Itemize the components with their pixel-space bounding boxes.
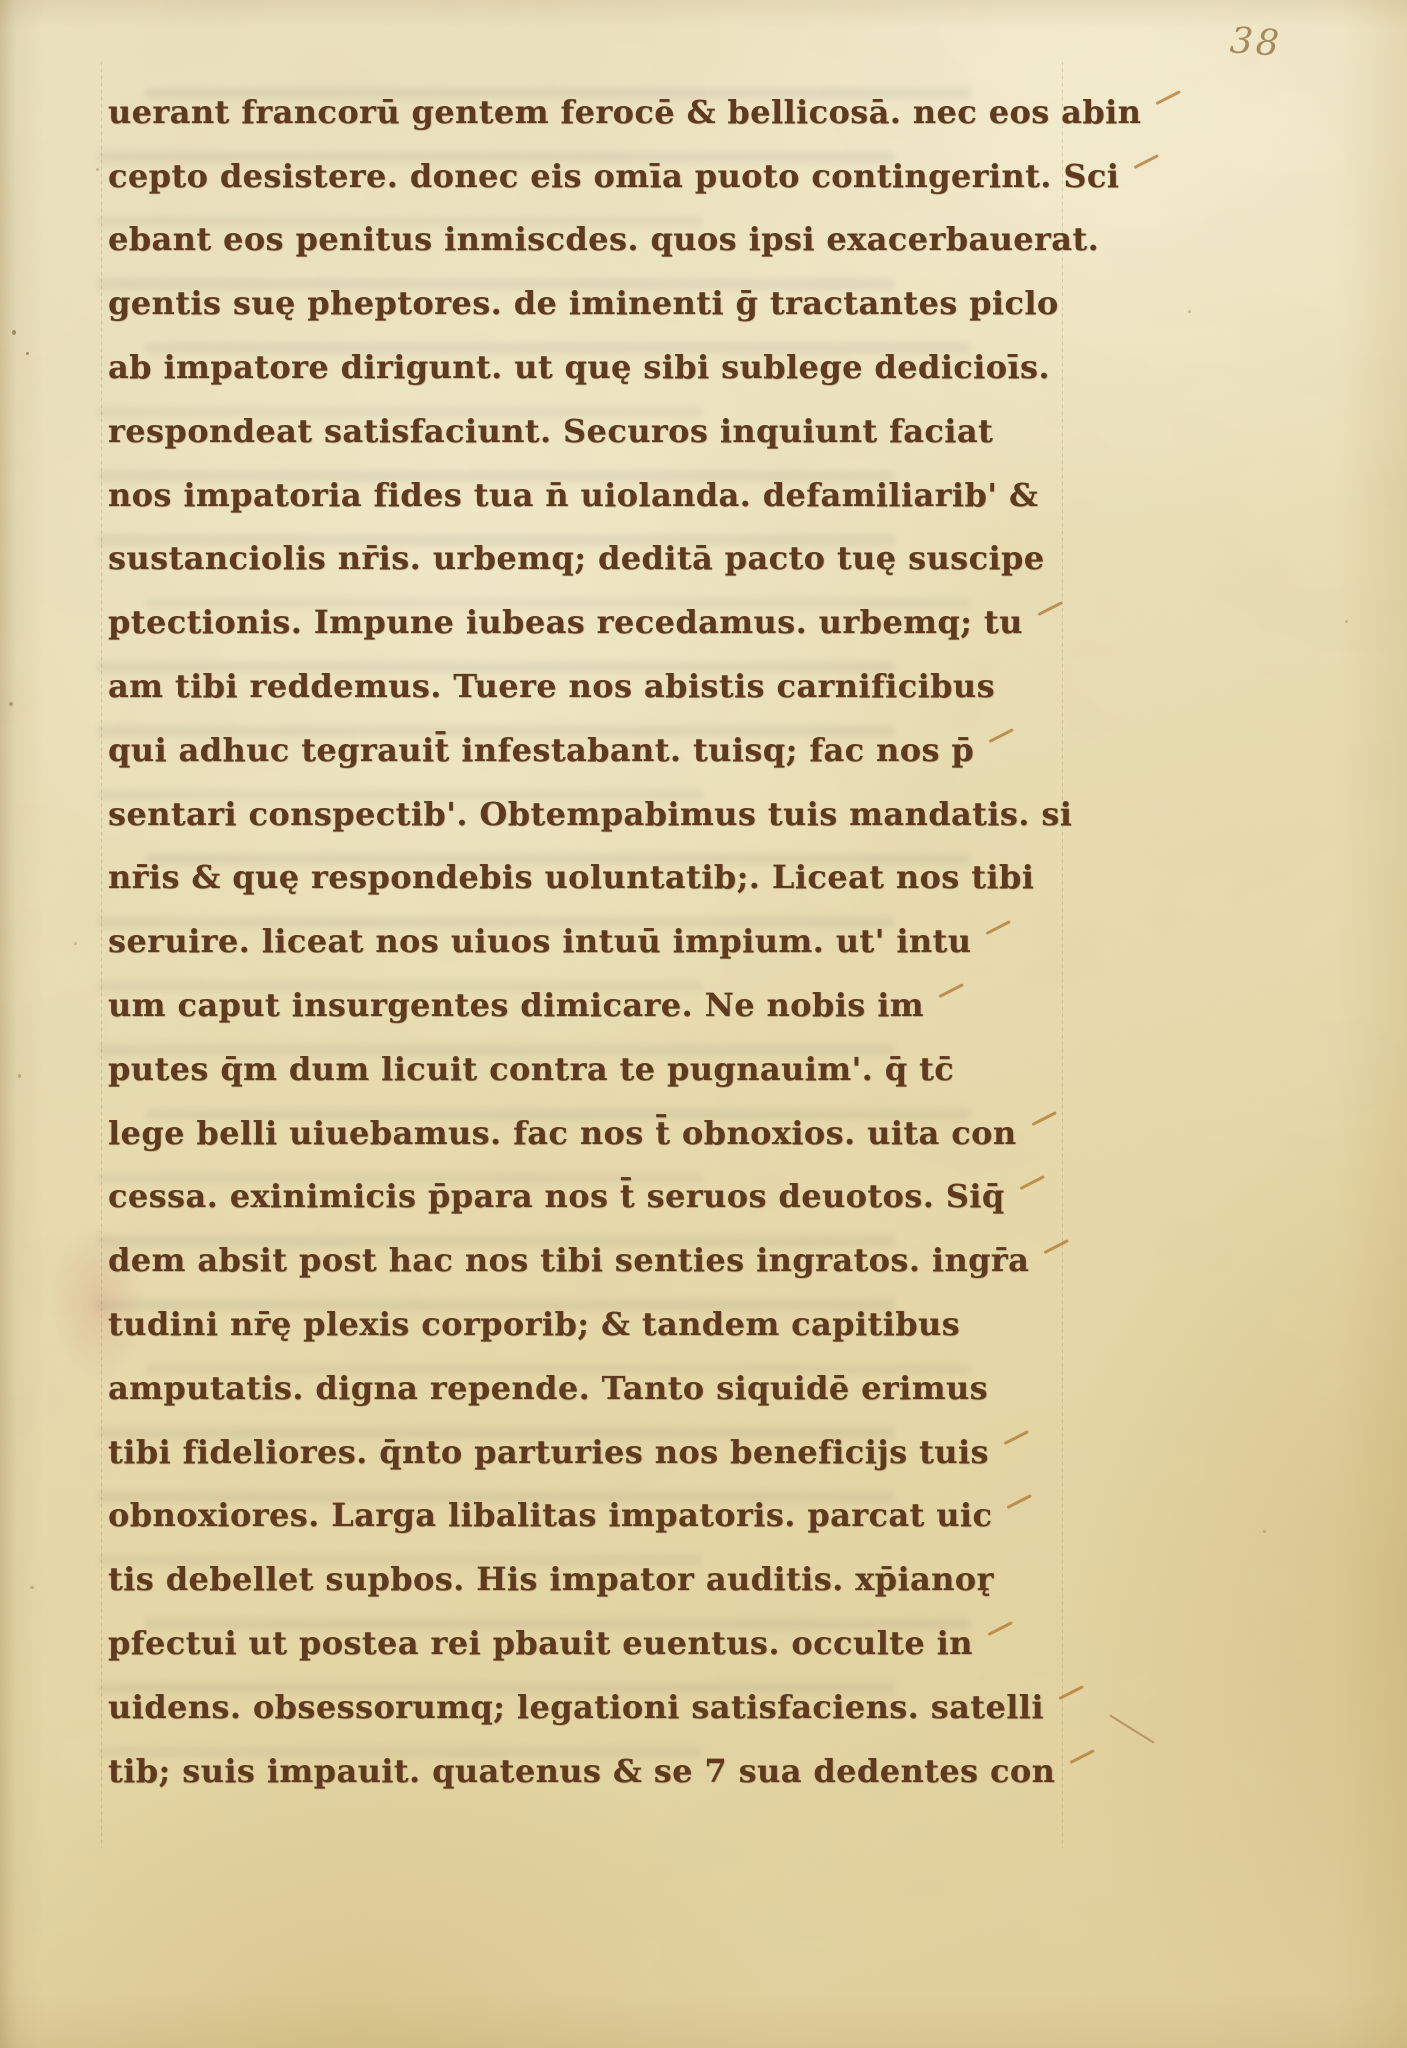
text-line: uidens. obsessorumq; legationi satisfaci… bbox=[108, 1675, 1066, 1739]
ink-speck bbox=[30, 1586, 34, 1589]
line-text: uerant francorū gentem ferocē & bellicos… bbox=[108, 93, 1141, 131]
line-text: am tibi reddemus. Tuere nos abistis carn… bbox=[108, 667, 995, 705]
line-text: amputatis. digna repende. Tanto siquidē … bbox=[108, 1369, 988, 1407]
line-text: seruire. liceat nos uiuos intuū impium. … bbox=[108, 922, 971, 960]
line-text: uidens. obsessorumq; legationi satisfaci… bbox=[108, 1688, 1044, 1726]
text-line: cessa. exinimicis p̄para nos t̄ seruos d… bbox=[108, 1165, 1066, 1229]
line-text: gentis suę pheptores. de iminenti ḡ trac… bbox=[108, 284, 1059, 322]
text-line: nos impatoria fides tua n̄ uiolanda. def… bbox=[108, 463, 1066, 527]
line-text: tibi fideliores. q̄nto parturies nos ben… bbox=[108, 1433, 989, 1471]
line-end-flourish bbox=[989, 728, 1015, 743]
line-text: qui adhuc tegrauit̄ infestabant. tuisq; … bbox=[108, 731, 974, 769]
ink-speck bbox=[1263, 1530, 1266, 1533]
text-line: tib; suis impauit. quatenus & se 7 sua d… bbox=[108, 1739, 1066, 1803]
line-end-flourish bbox=[1058, 1685, 1084, 1700]
ruling-line-left bbox=[101, 62, 102, 1848]
ink-speck bbox=[1188, 310, 1191, 313]
line-end-flourish bbox=[987, 1621, 1013, 1636]
line-text: lege belli uiuebamus. fac nos t̄ obnoxio… bbox=[108, 1114, 1017, 1152]
line-text: ebant eos penitus inmiscdes. quos ipsi e… bbox=[108, 220, 1099, 258]
text-line: tudini nr̄ę plexis corporib; & tandem ca… bbox=[108, 1292, 1066, 1356]
ink-speck bbox=[1345, 620, 1348, 623]
text-line: am tibi reddemus. Tuere nos abistis carn… bbox=[108, 654, 1066, 718]
line-end-flourish bbox=[986, 920, 1012, 935]
text-line: ab impatore dirigunt. ut quę sibi subleg… bbox=[108, 335, 1066, 399]
ink-speck bbox=[74, 942, 77, 945]
text-line: putes q̄m dum licuit contra te pugnauim'… bbox=[108, 1037, 1066, 1101]
line-end-flourish bbox=[1134, 154, 1160, 169]
line-text: sentari conspectib'. Obtempabimus tuis m… bbox=[108, 795, 1072, 833]
text-line: uerant francorū gentem ferocē & bellicos… bbox=[108, 80, 1066, 144]
text-line: sustanciolis nr̄is. urbemq; deditā pacto… bbox=[108, 527, 1066, 591]
folio-number: 38 bbox=[1229, 20, 1284, 65]
text-line: tibi fideliores. q̄nto parturies nos ben… bbox=[108, 1420, 1066, 1484]
ink-speck bbox=[18, 1074, 21, 1078]
line-text: pfectui ut postea rei pbauit euentus. oc… bbox=[108, 1624, 973, 1662]
text-line: cepto desistere. donec eis omīa puoto co… bbox=[108, 144, 1066, 208]
line-end-flourish bbox=[1003, 1430, 1029, 1445]
ink-speck bbox=[12, 330, 16, 335]
line-end-flourish bbox=[1044, 1239, 1070, 1254]
text-line: seruire. liceat nos uiuos intuū impium. … bbox=[108, 909, 1066, 973]
line-text: tib; suis impauit. quatenus & se 7 sua d… bbox=[108, 1752, 1055, 1790]
text-line: sentari conspectib'. Obtempabimus tuis m… bbox=[108, 782, 1066, 846]
text-line: lege belli uiuebamus. fac nos t̄ obnoxio… bbox=[108, 1101, 1066, 1165]
text-line: respondeat satisfaciunt. Securos inquiun… bbox=[108, 399, 1066, 463]
text-line: pfectui ut postea rei pbauit euentus. oc… bbox=[108, 1611, 1066, 1675]
line-text: obnoxiores. Larga libalitas impatoris. p… bbox=[108, 1496, 992, 1534]
line-end-flourish bbox=[1156, 90, 1182, 105]
text-line: dem absit post hac nos tibi senties ingr… bbox=[108, 1228, 1066, 1292]
line-end-flourish bbox=[1070, 1749, 1096, 1764]
text-line: um caput insurgentes dimicare. Ne nobis … bbox=[108, 973, 1066, 1037]
parchment-scratch bbox=[1110, 1714, 1155, 1743]
ink-speck bbox=[9, 702, 13, 706]
line-text: cessa. exinimicis p̄para nos t̄ seruos d… bbox=[108, 1177, 1005, 1215]
line-text: dem absit post hac nos tibi senties ingr… bbox=[108, 1241, 1029, 1279]
text-line: qui adhuc tegrauit̄ infestabant. tuisq; … bbox=[108, 718, 1066, 782]
line-text: ab impatore dirigunt. ut quę sibi subleg… bbox=[108, 348, 1050, 386]
line-text: tudini nr̄ę plexis corporib; & tandem ca… bbox=[108, 1305, 960, 1343]
line-text: cepto desistere. donec eis omīa puoto co… bbox=[108, 157, 1119, 195]
line-text: putes q̄m dum licuit contra te pugnauim'… bbox=[108, 1050, 954, 1088]
line-end-flourish bbox=[1037, 601, 1063, 616]
text-line: nr̄is & quę respondebis uoluntatib;. Lic… bbox=[108, 846, 1066, 910]
manuscript-text-block: uerant francorū gentem ferocē & bellicos… bbox=[108, 80, 1066, 1803]
text-line: tis debellet supbos. His impator auditis… bbox=[108, 1547, 1066, 1611]
line-text: nr̄is & quę respondebis uoluntatib;. Lic… bbox=[108, 858, 1034, 896]
line-text: tis debellet supbos. His impator auditis… bbox=[108, 1560, 994, 1598]
text-line: gentis suę pheptores. de iminenti ḡ trac… bbox=[108, 271, 1066, 335]
line-end-flourish bbox=[1007, 1494, 1033, 1509]
line-text: ptectionis. Impune iubeas recedamus. urb… bbox=[108, 603, 1023, 641]
line-text: respondeat satisfaciunt. Securos inquiun… bbox=[108, 412, 993, 450]
text-line: ebant eos penitus inmiscdes. quos ipsi e… bbox=[108, 208, 1066, 272]
line-text: nos impatoria fides tua n̄ uiolanda. def… bbox=[108, 476, 1038, 514]
parchment-page: 38 uerant francorū gentem ferocē & belli… bbox=[0, 0, 1407, 2048]
ink-speck bbox=[26, 352, 29, 355]
line-text: um caput insurgentes dimicare. Ne nobis … bbox=[108, 986, 924, 1024]
line-end-flourish bbox=[1031, 1111, 1057, 1126]
text-line: ptectionis. Impune iubeas recedamus. urb… bbox=[108, 590, 1066, 654]
text-line: amputatis. digna repende. Tanto siquidē … bbox=[108, 1356, 1066, 1420]
ink-speck bbox=[96, 168, 99, 171]
line-end-flourish bbox=[1019, 1175, 1045, 1190]
line-text: sustanciolis nr̄is. urbemq; deditā pacto… bbox=[108, 539, 1045, 577]
text-line: obnoxiores. Larga libalitas impatoris. p… bbox=[108, 1484, 1066, 1548]
line-end-flourish bbox=[939, 983, 965, 998]
